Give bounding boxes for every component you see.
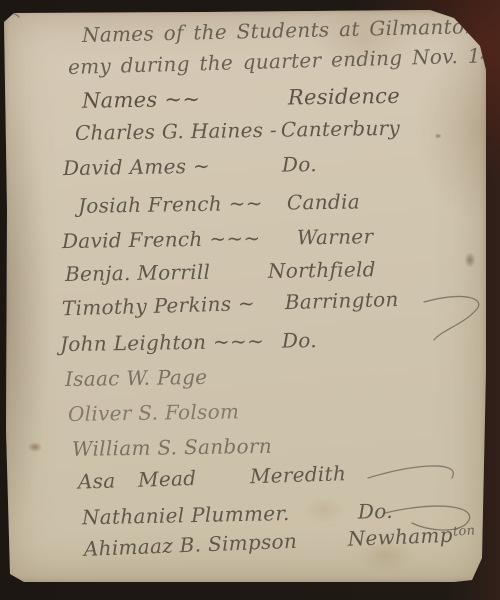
student-residence: Warner xyxy=(297,224,374,249)
table-row: Oliver S. Folsom xyxy=(4,395,486,429)
student-name: John Leighton ~~~ xyxy=(60,329,264,356)
student-name: Asa Mead xyxy=(78,466,197,494)
table-row: David Ames ~ Do. xyxy=(4,149,486,183)
table-row: Benja. Morrill Northfield xyxy=(4,255,486,289)
student-residence: Meredith xyxy=(249,461,346,488)
names-column-header: Names ~~ xyxy=(82,87,201,113)
student-name: Isaac W. Page xyxy=(65,365,208,391)
table-row: David French ~~~ Warner xyxy=(4,222,486,256)
student-name: Charles G. Haines - xyxy=(75,118,277,145)
residence-superscript: ton xyxy=(453,523,476,540)
table-row: Isaac W. Page xyxy=(4,360,486,394)
student-residence: Do. xyxy=(282,152,317,177)
table-row: John Leighton ~~~ Do. xyxy=(4,325,486,359)
document-title-line-1: Names of the Students at Gilmanton Acad xyxy=(82,13,500,47)
student-name: Oliver S. Folsom xyxy=(68,399,240,426)
corner-squiggle-stroke xyxy=(8,14,19,17)
student-residence: Candia xyxy=(287,189,360,214)
table-row: Charles G. Haines - Canterbury xyxy=(4,114,486,148)
student-name: Josiah French ~~ xyxy=(78,191,263,218)
student-name: William S. Sanborn xyxy=(72,434,272,461)
student-residence: Barrington xyxy=(285,287,399,314)
residence-column-header: Residence xyxy=(288,84,400,110)
student-name: Ahimaaz B. Simpson xyxy=(83,529,297,561)
manuscript-page: Names of the Students at Gilmanton Acad … xyxy=(4,10,486,582)
student-name: Nathaniel Plummer. xyxy=(82,501,290,529)
student-name: Benja. Morrill xyxy=(65,260,211,286)
student-name: David French ~~~ xyxy=(62,226,261,253)
table-row: Asa Mead Meredith xyxy=(4,457,487,498)
student-residence: Do. xyxy=(358,499,393,524)
student-residence: Do. xyxy=(282,328,317,353)
document-title-line-2: emy during the quarter ending Nov. 14. 1… xyxy=(68,41,500,79)
table-row: Josiah French ~~ Candia xyxy=(4,187,486,221)
student-residence: Newhamp xyxy=(347,523,453,551)
column-header-row: Names ~~ Residence xyxy=(4,82,486,116)
student-name: David Ames ~ xyxy=(63,154,210,180)
table-row: Timothy Perkins ~ Barrington xyxy=(4,285,487,324)
student-name: Timothy Perkins ~ xyxy=(62,291,256,320)
student-residence: Canterbury xyxy=(281,116,400,142)
student-residence: Northfield xyxy=(268,257,376,283)
